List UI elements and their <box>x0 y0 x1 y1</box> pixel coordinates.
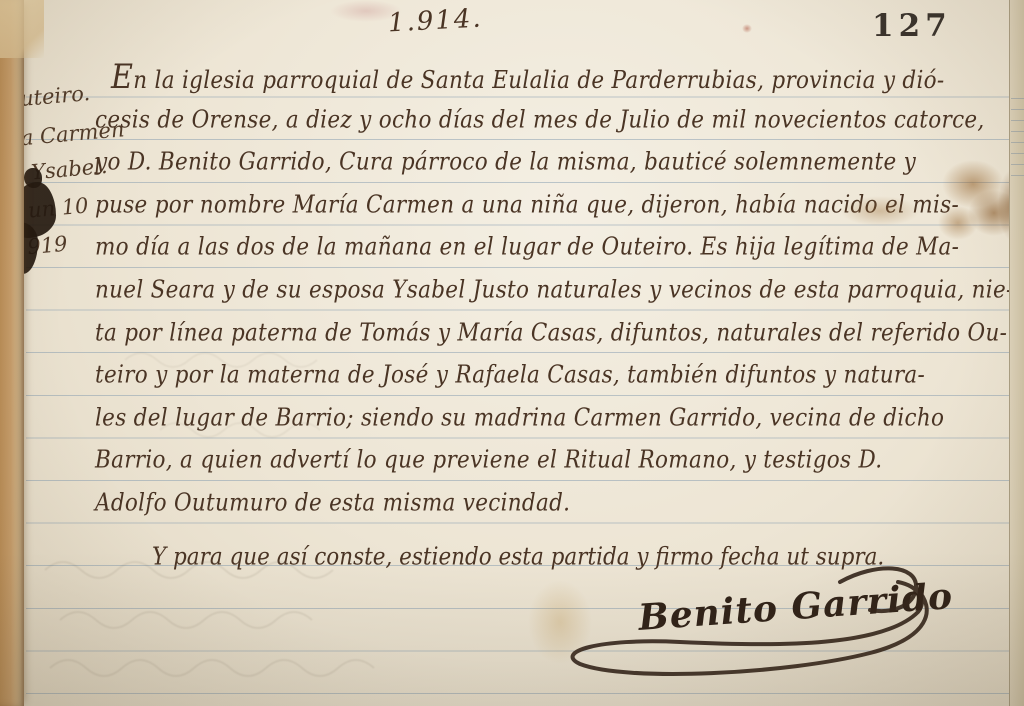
stain <box>742 24 752 33</box>
ghost-showthrough <box>40 540 680 700</box>
record-line: nuel Seara y de su esposa Ysabel Justo n… <box>95 267 1020 315</box>
next-page-ruled-lines <box>1011 88 1024 183</box>
record-line: cesis de Orense, a diez y ocho días del … <box>95 97 1020 145</box>
record-line: puse por nombre María Carmen a una niña … <box>95 182 1020 230</box>
page-binding-edge <box>0 0 24 706</box>
ghost-showthrough <box>120 330 540 480</box>
record-line: mo día a las dos de la mañana en el luga… <box>95 225 1020 273</box>
register-page-photo: 1.914. 127 En la iglesia parroquial de S… <box>0 0 1024 706</box>
record-line: En la iglesia parroquial de Santa Eulali… <box>95 54 1020 102</box>
ink-blot <box>24 168 42 188</box>
page-number: 127 <box>872 8 952 44</box>
year-header: 1.914. <box>387 4 483 39</box>
record-line: Adolfo Outumuro de esta misma vecindad. <box>95 480 1020 528</box>
record-line: yo D. Benito Garrido, Cura párroco de la… <box>95 140 1020 188</box>
page-binding-corner <box>0 0 44 58</box>
